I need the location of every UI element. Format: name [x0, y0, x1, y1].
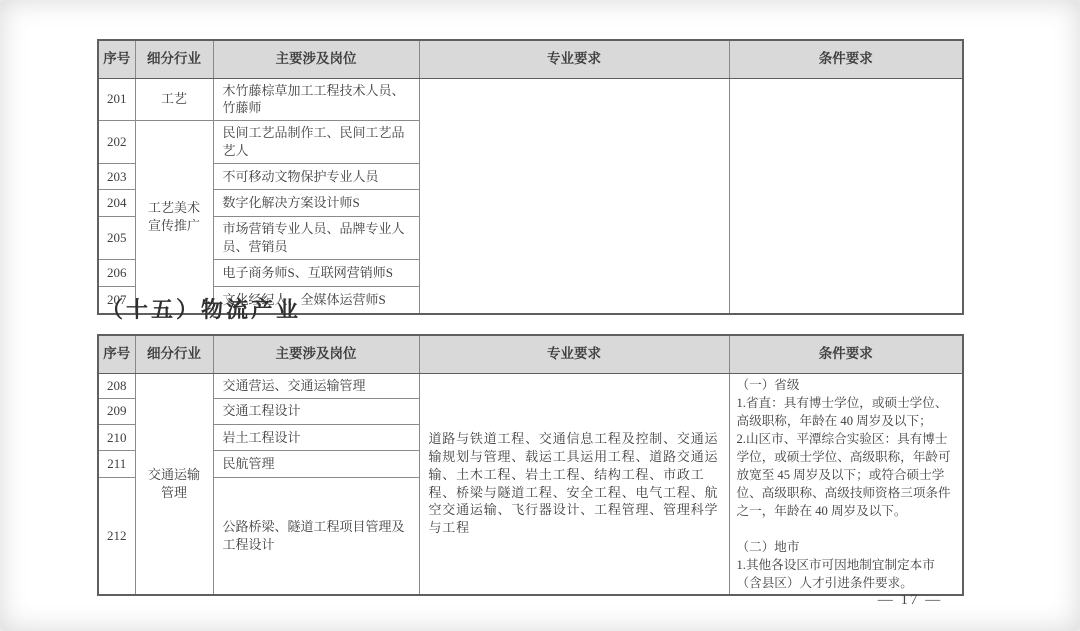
positions-cell: 公路桥梁、隧道工程项目管理及工程设计 [213, 477, 419, 594]
table-logistics: 序号 细分行业 主要涉及岗位 专业要求 条件要求 208 交通运输管理 交通营运… [97, 334, 964, 596]
row-number-cell: 210 [98, 425, 135, 451]
major-requirements-cell-empty [419, 78, 729, 314]
positions-cell: 电子商务师S、互联网营销师S [213, 260, 419, 287]
column-header-major: 专业要求 [419, 335, 729, 373]
row-number-cell: 211 [98, 451, 135, 477]
positions-cell: 民间工艺品制作工、民间工艺品艺人 [213, 121, 419, 164]
table-logistics-header-row: 序号 细分行业 主要涉及岗位 专业要求 条件要求 [98, 335, 963, 373]
row-number-cell: 203 [98, 164, 135, 190]
row-number-cell: 205 [98, 217, 135, 260]
industry-group-cell: 工艺美术宣传推广 [135, 121, 213, 314]
positions-cell: 交通营运、交通运输管理 [213, 373, 419, 398]
industry-group-label: 交通运输管理 [147, 466, 200, 502]
column-header-conditions: 条件要求 [729, 335, 963, 373]
row-number-cell: 206 [98, 260, 135, 287]
positions-cell: 木竹藤棕草加工工程技术人员、竹藤师 [213, 78, 419, 121]
positions-cell: 岩土工程设计 [213, 425, 419, 451]
row-number-cell: 212 [98, 477, 135, 594]
major-requirements-cell: 道路与铁道工程、交通信息工程及控制、交通运输规划与管理、载运工具运用工程、道路交… [419, 373, 729, 595]
positions-cell: 数字化解决方案设计师S [213, 190, 419, 217]
industry-group-cell: 交通运输管理 [135, 373, 213, 595]
table-crafts: 序号 细分行业 主要涉及岗位 专业要求 条件要求 201 工艺 木竹藤棕草加工工… [97, 39, 964, 315]
conditions-cell-empty [729, 78, 963, 314]
page-number: — 17 — [855, 592, 965, 609]
column-header-positions: 主要涉及岗位 [213, 335, 419, 373]
row-number-cell: 204 [98, 190, 135, 217]
positions-cell: 市场营销专业人员、品牌专业人员、营销员 [213, 217, 419, 260]
row-number-cell: 209 [98, 398, 135, 424]
conditions-cell: （一）省级 1.省直：具有博士学位，或硕士学位、高级职称，年龄在 40 周岁及以… [729, 373, 963, 595]
industry-group-label: 工艺美术宣传推广 [147, 199, 200, 235]
column-header-no: 序号 [98, 335, 135, 373]
positions-cell: 民航管理 [213, 451, 419, 477]
column-header-no: 序号 [98, 40, 135, 78]
section-heading: （十五）物流产业 [101, 293, 301, 324]
industry-cell: 工艺 [135, 78, 213, 121]
document-page: 序号 细分行业 主要涉及岗位 专业要求 条件要求 201 工艺 木竹藤棕草加工工… [0, 0, 1080, 631]
row-number-cell: 208 [98, 373, 135, 398]
row-number-cell: 201 [98, 78, 135, 121]
table-row: 208 交通运输管理 交通营运、交通运输管理 道路与铁道工程、交通信息工程及控制… [98, 373, 963, 398]
positions-cell: 不可移动文物保护专业人员 [213, 164, 419, 190]
positions-cell: 交通工程设计 [213, 398, 419, 424]
column-header-positions: 主要涉及岗位 [213, 40, 419, 78]
column-header-conditions: 条件要求 [729, 40, 963, 78]
column-header-major: 专业要求 [419, 40, 729, 78]
column-header-industry: 细分行业 [135, 40, 213, 78]
table-row: 201 工艺 木竹藤棕草加工工程技术人员、竹藤师 [98, 78, 963, 121]
column-header-industry: 细分行业 [135, 335, 213, 373]
table-crafts-header-row: 序号 细分行业 主要涉及岗位 专业要求 条件要求 [98, 40, 963, 78]
row-number-cell: 202 [98, 121, 135, 164]
